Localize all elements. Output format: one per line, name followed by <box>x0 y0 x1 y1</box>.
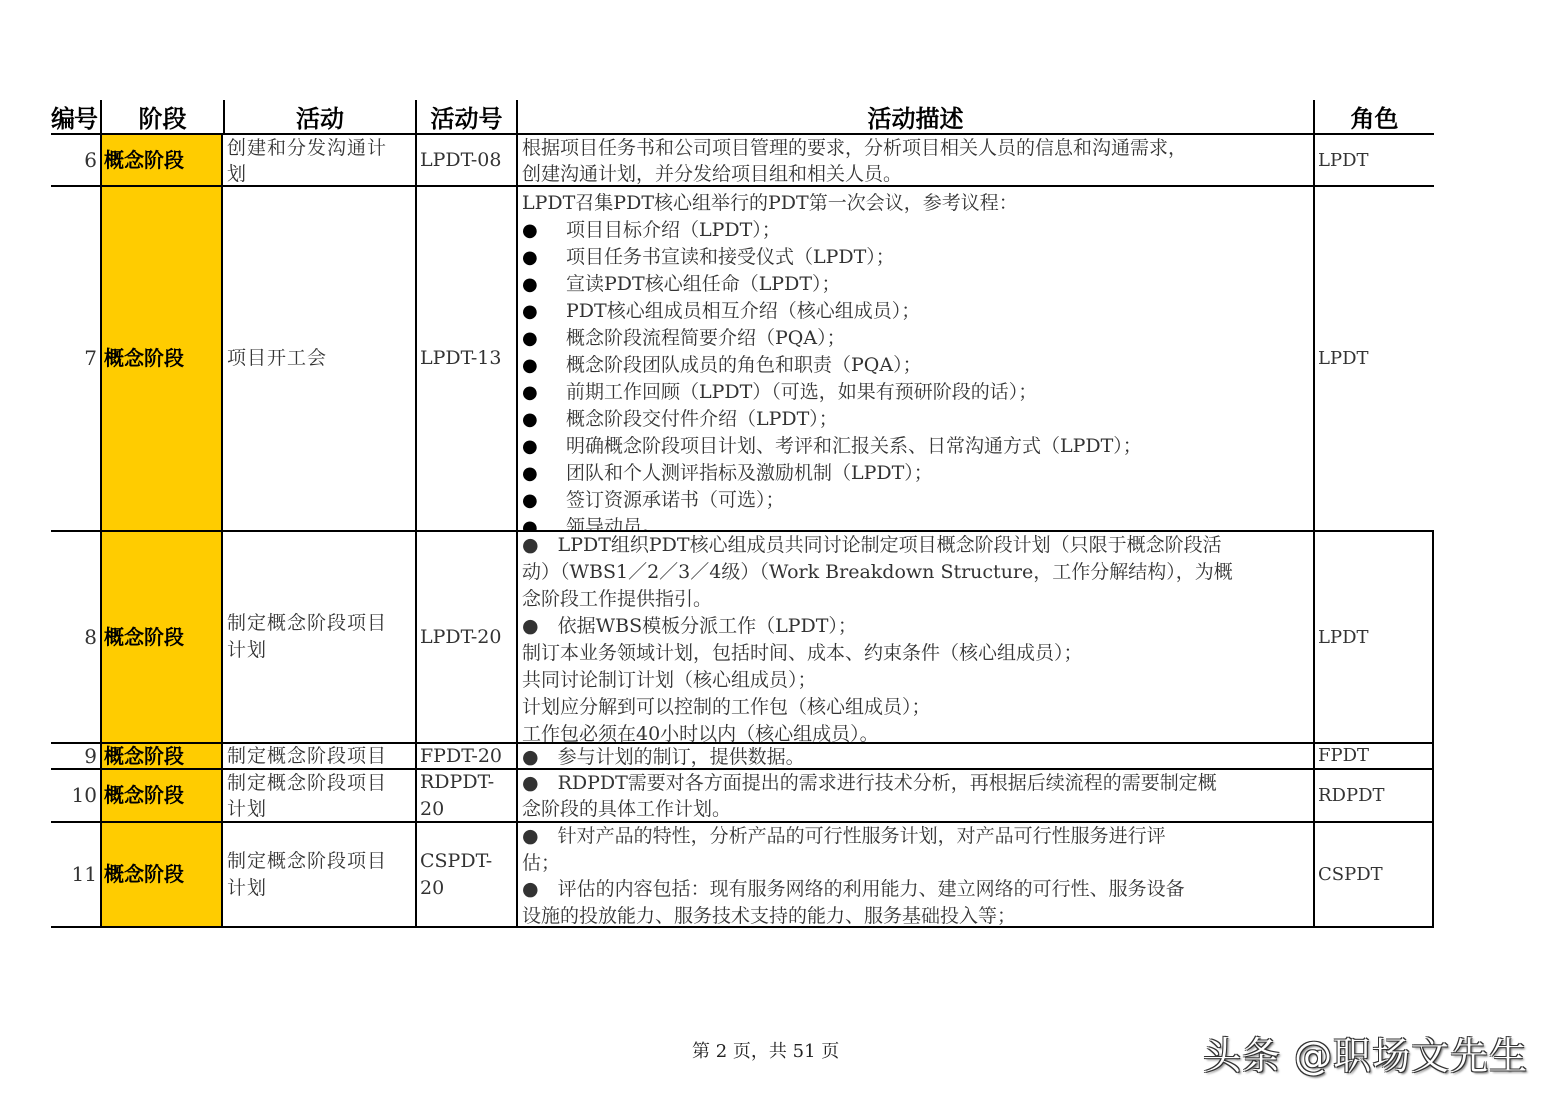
bullet-icon: ● <box>522 298 566 325</box>
activity-cell: 制定概念阶段项目 计划 <box>223 823 415 926</box>
role-cell: LPDT <box>1313 187 1434 530</box>
phase-cell: 概念阶段 <box>100 770 223 821</box>
description-line: ● 参与计划的制订，提供数据。 <box>522 744 1309 768</box>
role-cell: LPDT <box>1313 135 1434 185</box>
description-line: 估； <box>522 850 1309 877</box>
activity-cell: 项目开工会 <box>223 187 415 530</box>
row-num: 7 <box>51 187 100 530</box>
description-cell: ● LPDT组织PDT核心组成员共同讨论制定项目概念阶段计划（只限于概念阶段活 … <box>516 532 1313 742</box>
description-line: 制订本业务领域计划，包括时间、成本、约束条件（核心组成员）； <box>522 640 1309 667</box>
bullet-icon: ● <box>522 433 566 460</box>
table-header-row: 编号 阶段 活动 活动号 活动描述 角色 <box>51 100 1434 135</box>
row-num: 11 <box>51 823 100 926</box>
activity-cell: 制定概念阶段项目 计划 <box>223 532 415 742</box>
activity-line: 项目开工会 <box>227 345 327 372</box>
role-cell: FPDT <box>1313 744 1434 768</box>
description-cell: ● RDPDT需要对各方面提出的需求进行技术分析，再根据后续流程的需要制定概 念… <box>516 770 1313 821</box>
agenda-item: ●项目目标介绍（LPDT）； <box>522 217 1309 244</box>
agenda-item: ●概念阶段交付件介绍（LPDT）； <box>522 406 1309 433</box>
description-line: ● LPDT组织PDT核心组成员共同讨论制定项目概念阶段计划（只限于概念阶段活 <box>522 532 1309 559</box>
description-line: ● 依据WBS模板分派工作（LPDT）； <box>522 613 1309 640</box>
activity-code-cell: LPDT-08 <box>415 135 516 185</box>
bullet-icon: ● <box>522 487 566 514</box>
header-activity-code: 活动号 <box>415 100 516 133</box>
agenda-item: ●明确概念阶段项目计划、考评和汇报关系、日常沟通方式（LPDT）； <box>522 433 1309 460</box>
description-line: ● RDPDT需要对各方面提出的需求进行技术分析，再根据后续流程的需要制定概 <box>522 770 1309 796</box>
agenda-item: ●概念阶段流程简要介绍（PQA）； <box>522 325 1309 352</box>
row-num: 9 <box>51 744 100 768</box>
bullet-icon: ● <box>522 406 566 433</box>
bullet-icon: ● <box>522 514 566 530</box>
activity-line: 计划 <box>227 796 387 822</box>
activity-cell: 创建和分发沟通计 划 <box>223 135 415 185</box>
agenda-item: ●签订资源承诺书（可选）； <box>522 487 1309 514</box>
description-line: ● 评估的内容包括：现有服务网络的利用能力、建立网络的可行性、服务设备 <box>522 876 1309 903</box>
activity-line: 制定概念阶段项目 <box>227 848 387 875</box>
description-cell: ● 参与计划的制订，提供数据。 <box>516 744 1313 768</box>
activity-line: 创建和分发沟通计 <box>227 135 387 161</box>
table-row: 7 概念阶段 项目开工会 LPDT-13 LPDT召集PDT核心组举行的PDT第… <box>51 187 1434 532</box>
table-row: 8 概念阶段 制定概念阶段项目 计划 LPDT-20 ● LPDT组织PDT核心… <box>51 532 1434 744</box>
watermark: 头条 @职场文先生 <box>1203 1025 1528 1080</box>
row-num: 10 <box>51 770 100 821</box>
header-phase: 阶段 <box>100 100 223 133</box>
table-row: 10 概念阶段 制定概念阶段项目 计划 RDPDT-20 ● RDPDT需要对各… <box>51 770 1434 823</box>
activity-line: 计划 <box>227 875 387 902</box>
agenda-item: ●宣读PDT核心组任命（LPDT）； <box>522 271 1309 298</box>
agenda-item: ●领导动员。 <box>522 514 1309 530</box>
bullet-icon: ● <box>522 352 566 379</box>
description-line: 创建沟通计划，并分发给项目组和相关人员。 <box>522 161 1309 185</box>
header-description: 活动描述 <box>516 100 1313 133</box>
description-cell: 根据项目任务书和公司项目管理的要求，分析项目相关人员的信息和沟通需求， 创建沟通… <box>516 135 1313 185</box>
agenda-item: ●概念阶段团队成员的角色和职责（PQA）； <box>522 352 1309 379</box>
description-cell: LPDT召集PDT核心组举行的PDT第一次会议，参考议程： ●项目目标介绍（LP… <box>516 187 1313 530</box>
description-cell: ● 针对产品的特性，分析产品的可行性服务计划，对产品可行性服务进行评 估； ● … <box>516 823 1313 926</box>
agenda-item: ●PDT核心组成员相互介绍（核心组成员）； <box>522 298 1309 325</box>
role-cell: RDPDT <box>1313 770 1434 821</box>
agenda-item: ●团队和个人测评指标及激励机制（LPDT）； <box>522 460 1309 487</box>
description-line: 计划应分解到可以控制的工作包（核心组成员）； <box>522 694 1309 721</box>
header-activity: 活动 <box>223 100 415 133</box>
activity-code-cell: LPDT-13 <box>415 187 516 530</box>
bullet-icon: ● <box>522 460 566 487</box>
activity-code-cell: RDPDT-20 <box>415 770 516 821</box>
phase-cell: 概念阶段 <box>100 744 223 768</box>
table-row: 11 概念阶段 制定概念阶段项目 计划 CSPDT-20 ● 针对产品的特性，分… <box>51 823 1434 928</box>
table-row: 9 概念阶段 制定概念阶段项目 FPDT-20 ● 参与计划的制订，提供数据。 … <box>51 744 1434 770</box>
activity-cell: 制定概念阶段项目 计划 <box>223 770 415 821</box>
activity-code-cell: LPDT-20 <box>415 532 516 742</box>
activity-cell: 制定概念阶段项目 <box>223 744 415 768</box>
role-cell: CSPDT <box>1313 823 1434 926</box>
table-row: 6 概念阶段 创建和分发沟通计 划 LPDT-08 根据项目任务书和公司项目管理… <box>51 135 1434 187</box>
activity-code-cell: FPDT-20 <box>415 744 516 768</box>
header-role: 角色 <box>1313 100 1434 133</box>
phase-cell: 概念阶段 <box>100 823 223 926</box>
page-number: 第 2 页，共 51 页 <box>692 1037 839 1063</box>
row-num: 6 <box>51 135 100 185</box>
phase-cell: 概念阶段 <box>100 532 223 742</box>
activity-line: 计划 <box>227 637 387 664</box>
description-line: 念阶段的具体工作计划。 <box>522 796 1309 821</box>
activity-code-cell: CSPDT-20 <box>415 823 516 926</box>
header-num: 编号 <box>51 100 100 133</box>
bullet-icon: ● <box>522 217 566 244</box>
role-cell: LPDT <box>1313 532 1434 742</box>
activity-line: 制定概念阶段项目 <box>227 770 387 796</box>
row-num: 8 <box>51 532 100 742</box>
description-intro: LPDT召集PDT核心组举行的PDT第一次会议，参考议程： <box>522 190 1309 217</box>
agenda-item: ●前期工作回顾（LPDT）（可选，如果有预研阶段的话）； <box>522 379 1309 406</box>
description-line: 设施的投放能力、服务技术支持的能力、服务基础投入等； <box>522 903 1309 927</box>
phase-cell: 概念阶段 <box>100 187 223 530</box>
description-line: ● 针对产品的特性，分析产品的可行性服务计划，对产品可行性服务进行评 <box>522 823 1309 850</box>
phase-cell: 概念阶段 <box>100 135 223 185</box>
agenda-item: ●项目任务书宣读和接受仪式（LPDT）； <box>522 244 1309 271</box>
activity-line: 划 <box>227 161 387 185</box>
description-line: 根据项目任务书和公司项目管理的要求，分析项目相关人员的信息和沟通需求， <box>522 135 1309 161</box>
bullet-icon: ● <box>522 271 566 298</box>
bullet-icon: ● <box>522 379 566 406</box>
description-line: 念阶段工作提供指引。 <box>522 586 1309 613</box>
bullet-icon: ● <box>522 325 566 352</box>
bullet-icon: ● <box>522 244 566 271</box>
description-line: 动）（WBS1／2／3／4级）（Work Breakdown Structure… <box>522 559 1309 586</box>
activity-line: 制定概念阶段项目 <box>227 610 387 637</box>
activity-line: 制定概念阶段项目 <box>227 744 387 768</box>
process-table: 编号 阶段 活动 活动号 活动描述 角色 6 概念阶段 创建和分发沟通计 划 L… <box>51 100 1434 928</box>
description-line: 工作包必须在40小时以内（核心组成员）。 <box>522 721 1309 742</box>
description-line: 共同讨论制订计划（核心组成员）； <box>522 667 1309 694</box>
